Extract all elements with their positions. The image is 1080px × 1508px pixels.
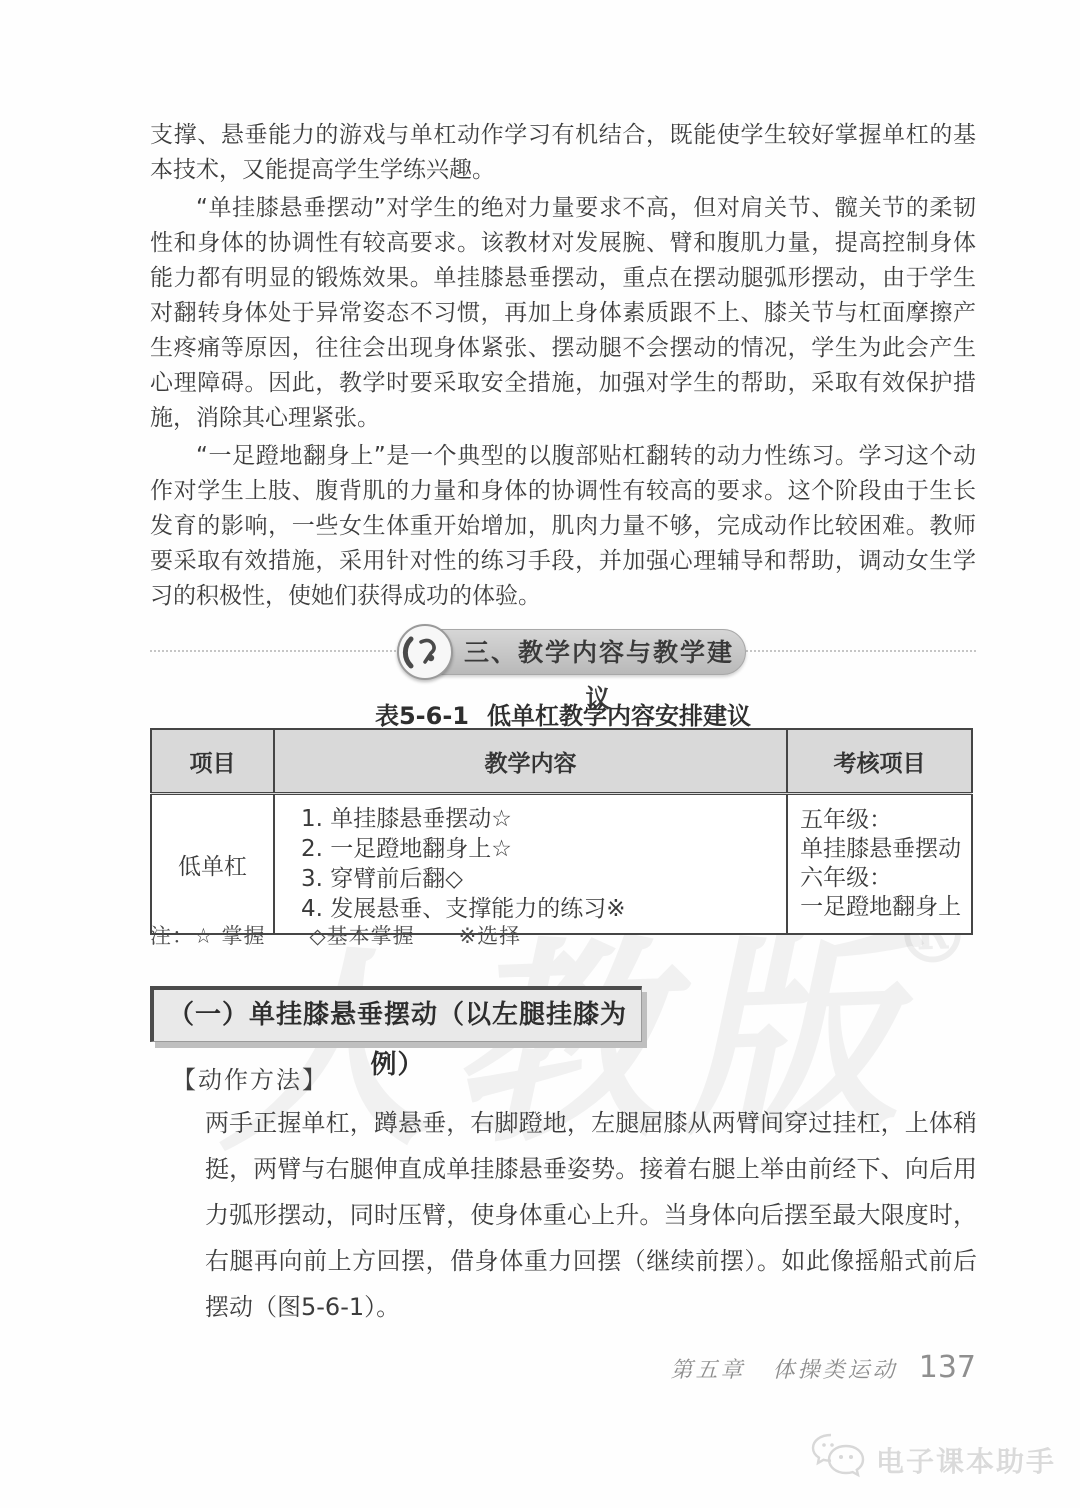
brand-logo: 电子课本助手 <box>810 1432 1060 1484</box>
table-row: 低单杠 1. 单挂膝悬垂摆动☆ 2. 一足蹬地翻身上☆ 3. 穿臂前后翻◇ 4.… <box>151 794 972 935</box>
page-footer: 第五章 体操类运动 137 <box>671 1350 976 1385</box>
content-line: 3. 穿臂前后翻◇ <box>301 864 776 894</box>
assessment-line: 五年级： <box>800 806 965 835</box>
assessment-line: 一足蹬地翻身上 <box>800 893 965 922</box>
table-legend-note: 注：☆ 掌握 ◇基本掌握 ※选择 <box>150 920 976 950</box>
table-header-cell-item: 项目 <box>151 729 274 794</box>
content-line: 2. 一足蹬地翻身上☆ <box>301 834 776 864</box>
footer-page-number: 137 <box>919 1350 976 1385</box>
body-paragraph: “单挂膝悬垂摆动”对学生的绝对力量要求不高，但对肩关节、髋关节的柔韧性和身体的协… <box>150 191 976 436</box>
textbook-page: 人教版 ® 支撑、悬垂能力的游戏与单杠动作学习有机结合，既能使学生较好掌握单杠的… <box>0 0 1080 1508</box>
table-header-cell-assessment: 考核项目 <box>787 729 972 794</box>
table-header-cell-content: 教学内容 <box>274 729 787 794</box>
brand-label: 电子课本助手 <box>876 1440 1056 1480</box>
table-cell-contents: 1. 单挂膝悬垂摆动☆ 2. 一足蹬地翻身上☆ 3. 穿臂前后翻◇ 4. 发展悬… <box>274 794 787 935</box>
body-paragraph: “一足蹬地翻身上”是一个典型的以腹部贴杠翻转的动力性练习。学习这个动作对学生上肢… <box>150 439 976 614</box>
assessment-line: 单挂膝悬垂摆动 <box>800 835 965 864</box>
body-paragraph: 支撑、悬垂能力的游戏与单杠动作学习有机结合，既能使学生较好掌握单杠的基本技术，又… <box>150 118 976 188</box>
wechat-bubbles-icon <box>810 1432 870 1488</box>
section-header-badge: 三、教学内容与教学建议 <box>418 629 746 675</box>
content-line: 1. 单挂膝悬垂摆动☆ <box>301 804 776 834</box>
footer-section: 体操类运动 <box>773 1358 898 1383</box>
teaching-content-table: 项目 教学内容 考核项目 低单杠 1. 单挂膝悬垂摆动☆ 2. 一足蹬地翻身上☆… <box>150 728 973 935</box>
assessment-line: 六年级： <box>800 864 965 893</box>
table-cell-item: 低单杠 <box>151 794 274 935</box>
method-paragraph: 两手正握单杠，蹲悬垂，右脚蹬地，左腿屈膝从两臂间穿过挂杠，上体稍挺，两臂与右腿伸… <box>205 1100 977 1330</box>
body-text-block: 支撑、悬垂能力的游戏与单杠动作学习有机结合，既能使学生较好掌握单杠的基本技术，又… <box>150 118 976 617</box>
subsection-title-box: （一）单挂膝悬垂摆动（以左腿挂膝为例） <box>150 986 642 1042</box>
table-caption-number: 表5-6-1 <box>375 702 469 730</box>
method-heading: 【动作方法】 <box>172 1060 328 1095</box>
table-header-row: 项目 教学内容 考核项目 <box>151 729 972 794</box>
gymnast-badge-icon <box>397 624 453 680</box>
table-cell-assessment: 五年级： 单挂膝悬垂摆动 六年级： 一足蹬地翻身上 <box>787 794 972 935</box>
table-caption: 表5-6-1低单杠教学内容安排建议 <box>150 696 976 731</box>
footer-chapter: 第五章 <box>671 1358 746 1383</box>
table-caption-title: 低单杠教学内容安排建议 <box>487 702 751 730</box>
